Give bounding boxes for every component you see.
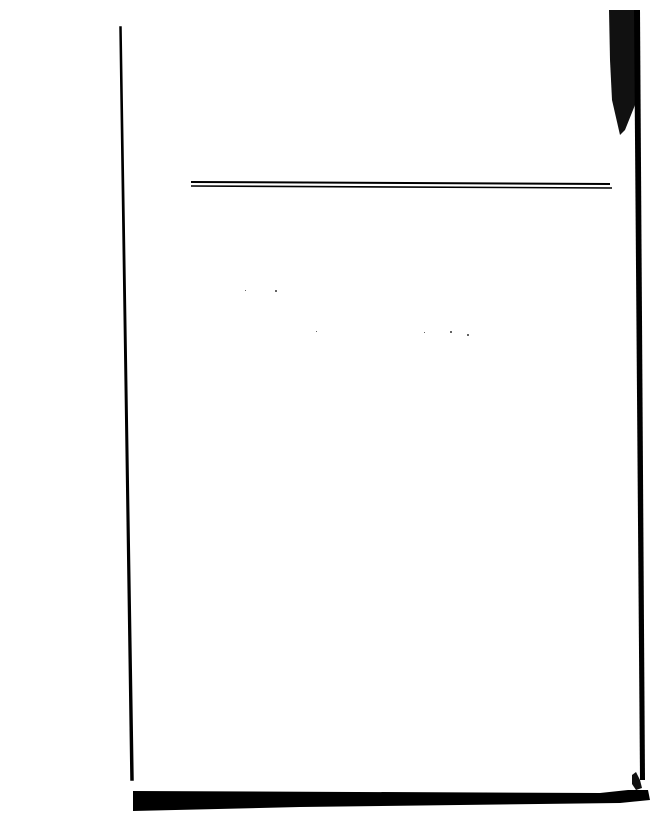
scan-speck (467, 334, 469, 336)
scan-speck (275, 290, 277, 292)
bottom-page-edge (133, 790, 650, 811)
left-page-edge (120, 27, 133, 780)
scan-speck (245, 290, 246, 291)
page-scan-graphic (0, 0, 665, 829)
right-page-edge (634, 10, 645, 780)
scan-speck (424, 332, 425, 333)
header-rule (191, 182, 612, 188)
scan-speck (316, 331, 317, 332)
scan-speck (450, 331, 452, 333)
